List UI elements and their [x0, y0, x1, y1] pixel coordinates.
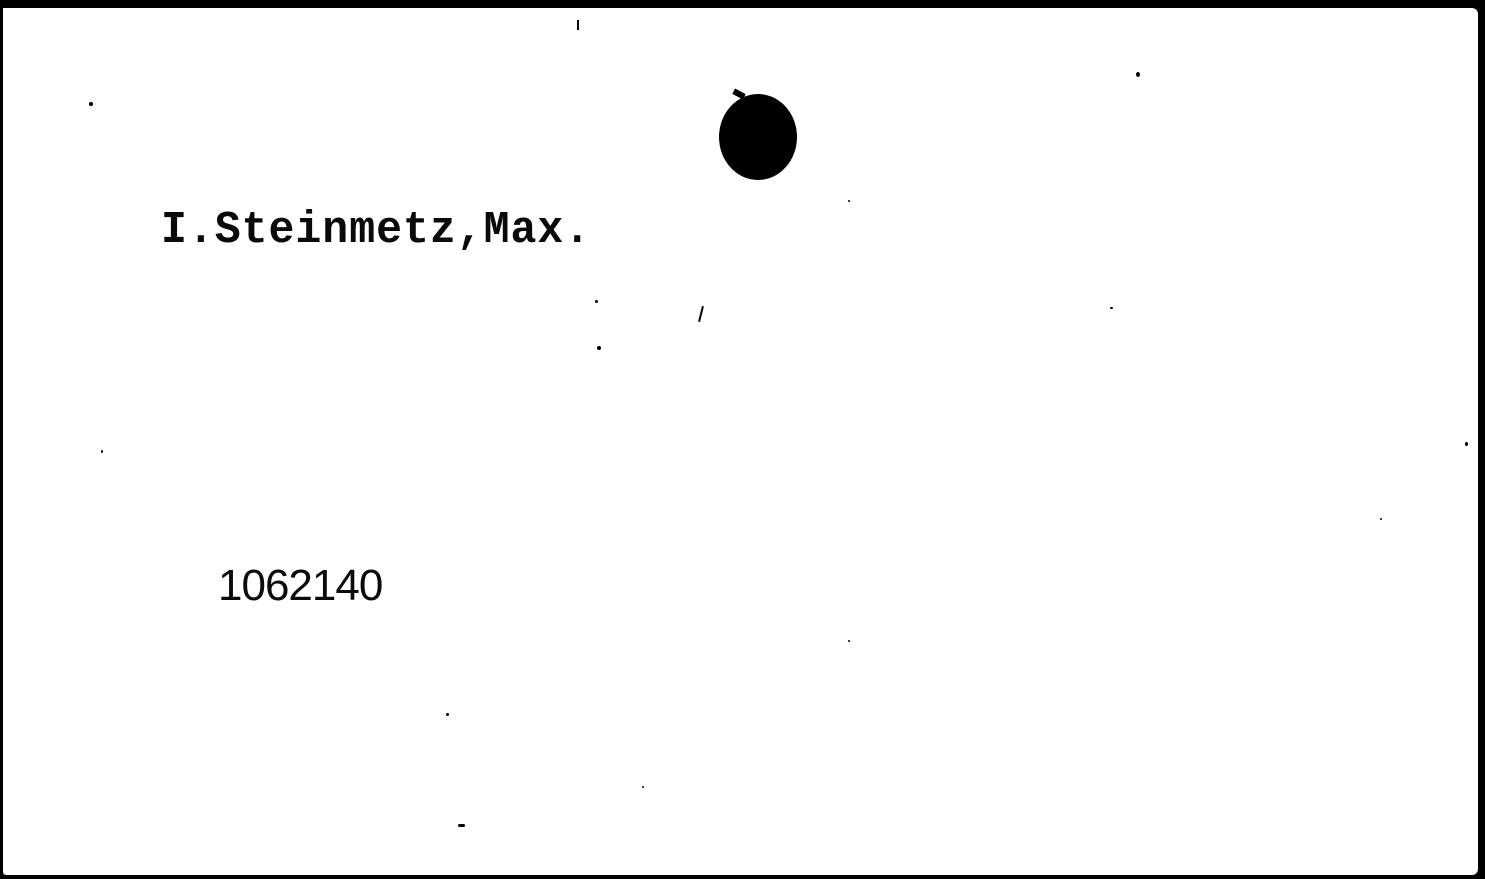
speck-artifact: [1110, 307, 1113, 309]
catalog-number: 1062140: [218, 564, 382, 608]
speck-artifact: [642, 786, 644, 788]
speck-artifact: [698, 306, 704, 322]
punch-hole-icon: [719, 94, 797, 180]
speck-artifact: [446, 713, 449, 716]
punch-hole-tear: [732, 89, 745, 100]
speck-artifact: [1465, 442, 1468, 446]
speck-artifact: [848, 200, 850, 202]
speck-artifact: [597, 346, 601, 350]
speck-artifact: [1136, 72, 1140, 77]
name-entry: I.Steinmetz,Max.: [161, 208, 591, 253]
speck-artifact: [458, 824, 465, 827]
speck-artifact: [89, 102, 93, 106]
speck-artifact: [1380, 518, 1382, 520]
index-card: I.Steinmetz,Max. 1062140: [3, 8, 1478, 875]
speck-artifact: [577, 20, 579, 30]
speck-artifact: [848, 640, 850, 642]
speck-artifact: [101, 450, 103, 453]
speck-artifact: [595, 300, 598, 303]
